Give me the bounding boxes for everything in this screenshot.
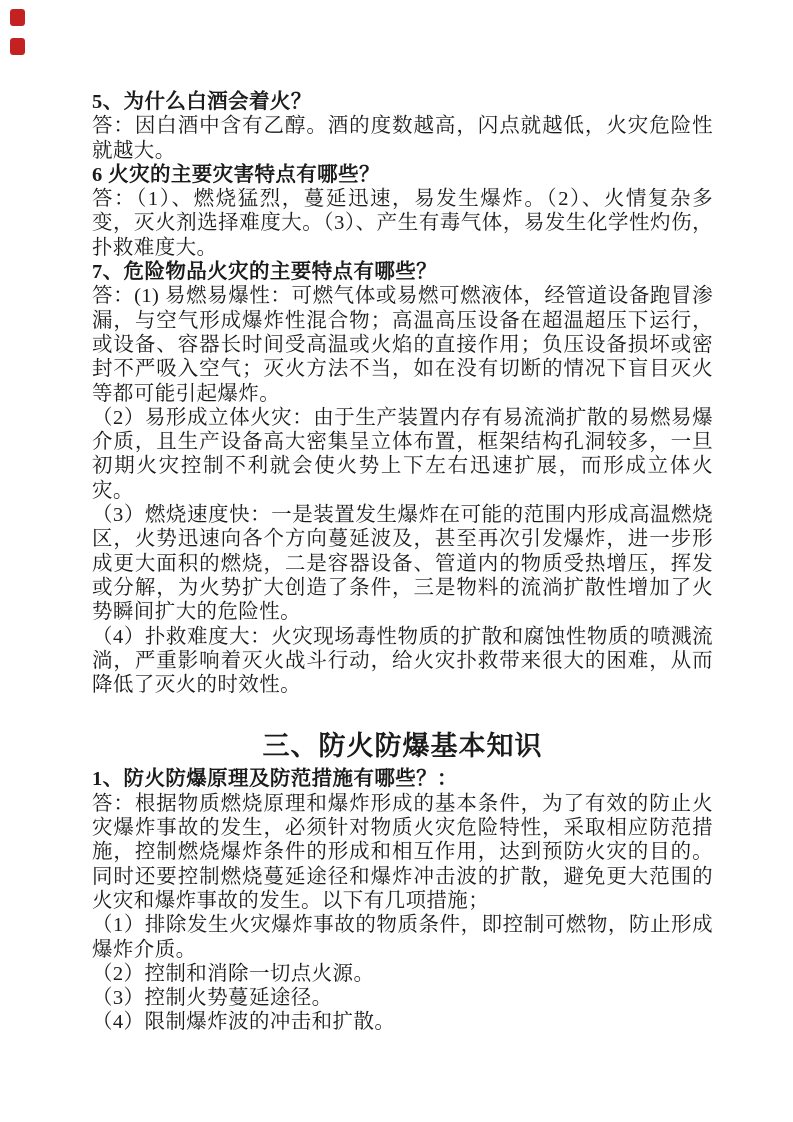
red-square-icon [10, 9, 25, 26]
answer-paragraph: （3）控制火势蔓延途径。 [92, 986, 713, 1010]
answer-paragraph: 答：(1) 易燃易爆性：可燃气体或易燃可燃液体，经管道设备跑冒渗漏，与空气形成爆… [92, 284, 713, 405]
document-content: 5、为什么白酒会着火？ 答：因白酒中含有乙醇。酒的度数越高，闪点就越低，火灾危险… [92, 90, 713, 1035]
answer-paragraph: （2）控制和消除一切点火源。 [92, 962, 713, 986]
question-heading: 5、为什么白酒会着火？ [92, 90, 713, 114]
document-page: 5、为什么白酒会着火？ 答：因白酒中含有乙醇。酒的度数越高，闪点就越低，火灾危险… [0, 0, 793, 1122]
answer-paragraph: （1）排除发生火灾爆炸事故的物质条件，即控制可燃物，防止形成爆炸介质。 [92, 913, 713, 962]
question-heading: 6 火灾的主要灾害特点有哪些？ [92, 163, 713, 187]
question-heading: 7、危险物品火灾的主要特点有哪些？ [92, 260, 713, 284]
answer-paragraph: （2）易形成立体火灾：由于生产装置内存有易流淌扩散的易燃易爆介质，且生产设备高大… [92, 406, 713, 503]
answer-paragraph: （4）扑救难度大：火灾现场毒性物质的扩散和腐蚀性物质的喷溅流淌，严重影响着灭火战… [92, 625, 713, 698]
red-square-icon [10, 38, 25, 55]
answer-paragraph: 答：根据物质燃烧原理和爆炸形成的基本条件，为了有效的防止火灾爆炸事故的发生，必须… [92, 792, 713, 913]
answer-paragraph: （4）限制爆炸波的冲击和扩散。 [92, 1010, 713, 1034]
question-heading: 1、防火防爆原理及防范措施有哪些？： [92, 767, 713, 791]
answer-paragraph: （3）燃烧速度快：一是装置发生爆炸在可能的范围内形成高温燃烧区，火势迅速向各个方… [92, 503, 713, 624]
answer-paragraph: 答：因白酒中含有乙醇。酒的度数越高，闪点就越低，火灾危险性就越大。 [92, 114, 713, 163]
answer-paragraph: 答：（1）、燃烧猛烈，蔓延迅速，易发生爆炸。（2）、火情复杂多变，灭火剂选择难度… [92, 187, 713, 260]
section-title: 三、防火防爆基本知识 [92, 729, 713, 763]
